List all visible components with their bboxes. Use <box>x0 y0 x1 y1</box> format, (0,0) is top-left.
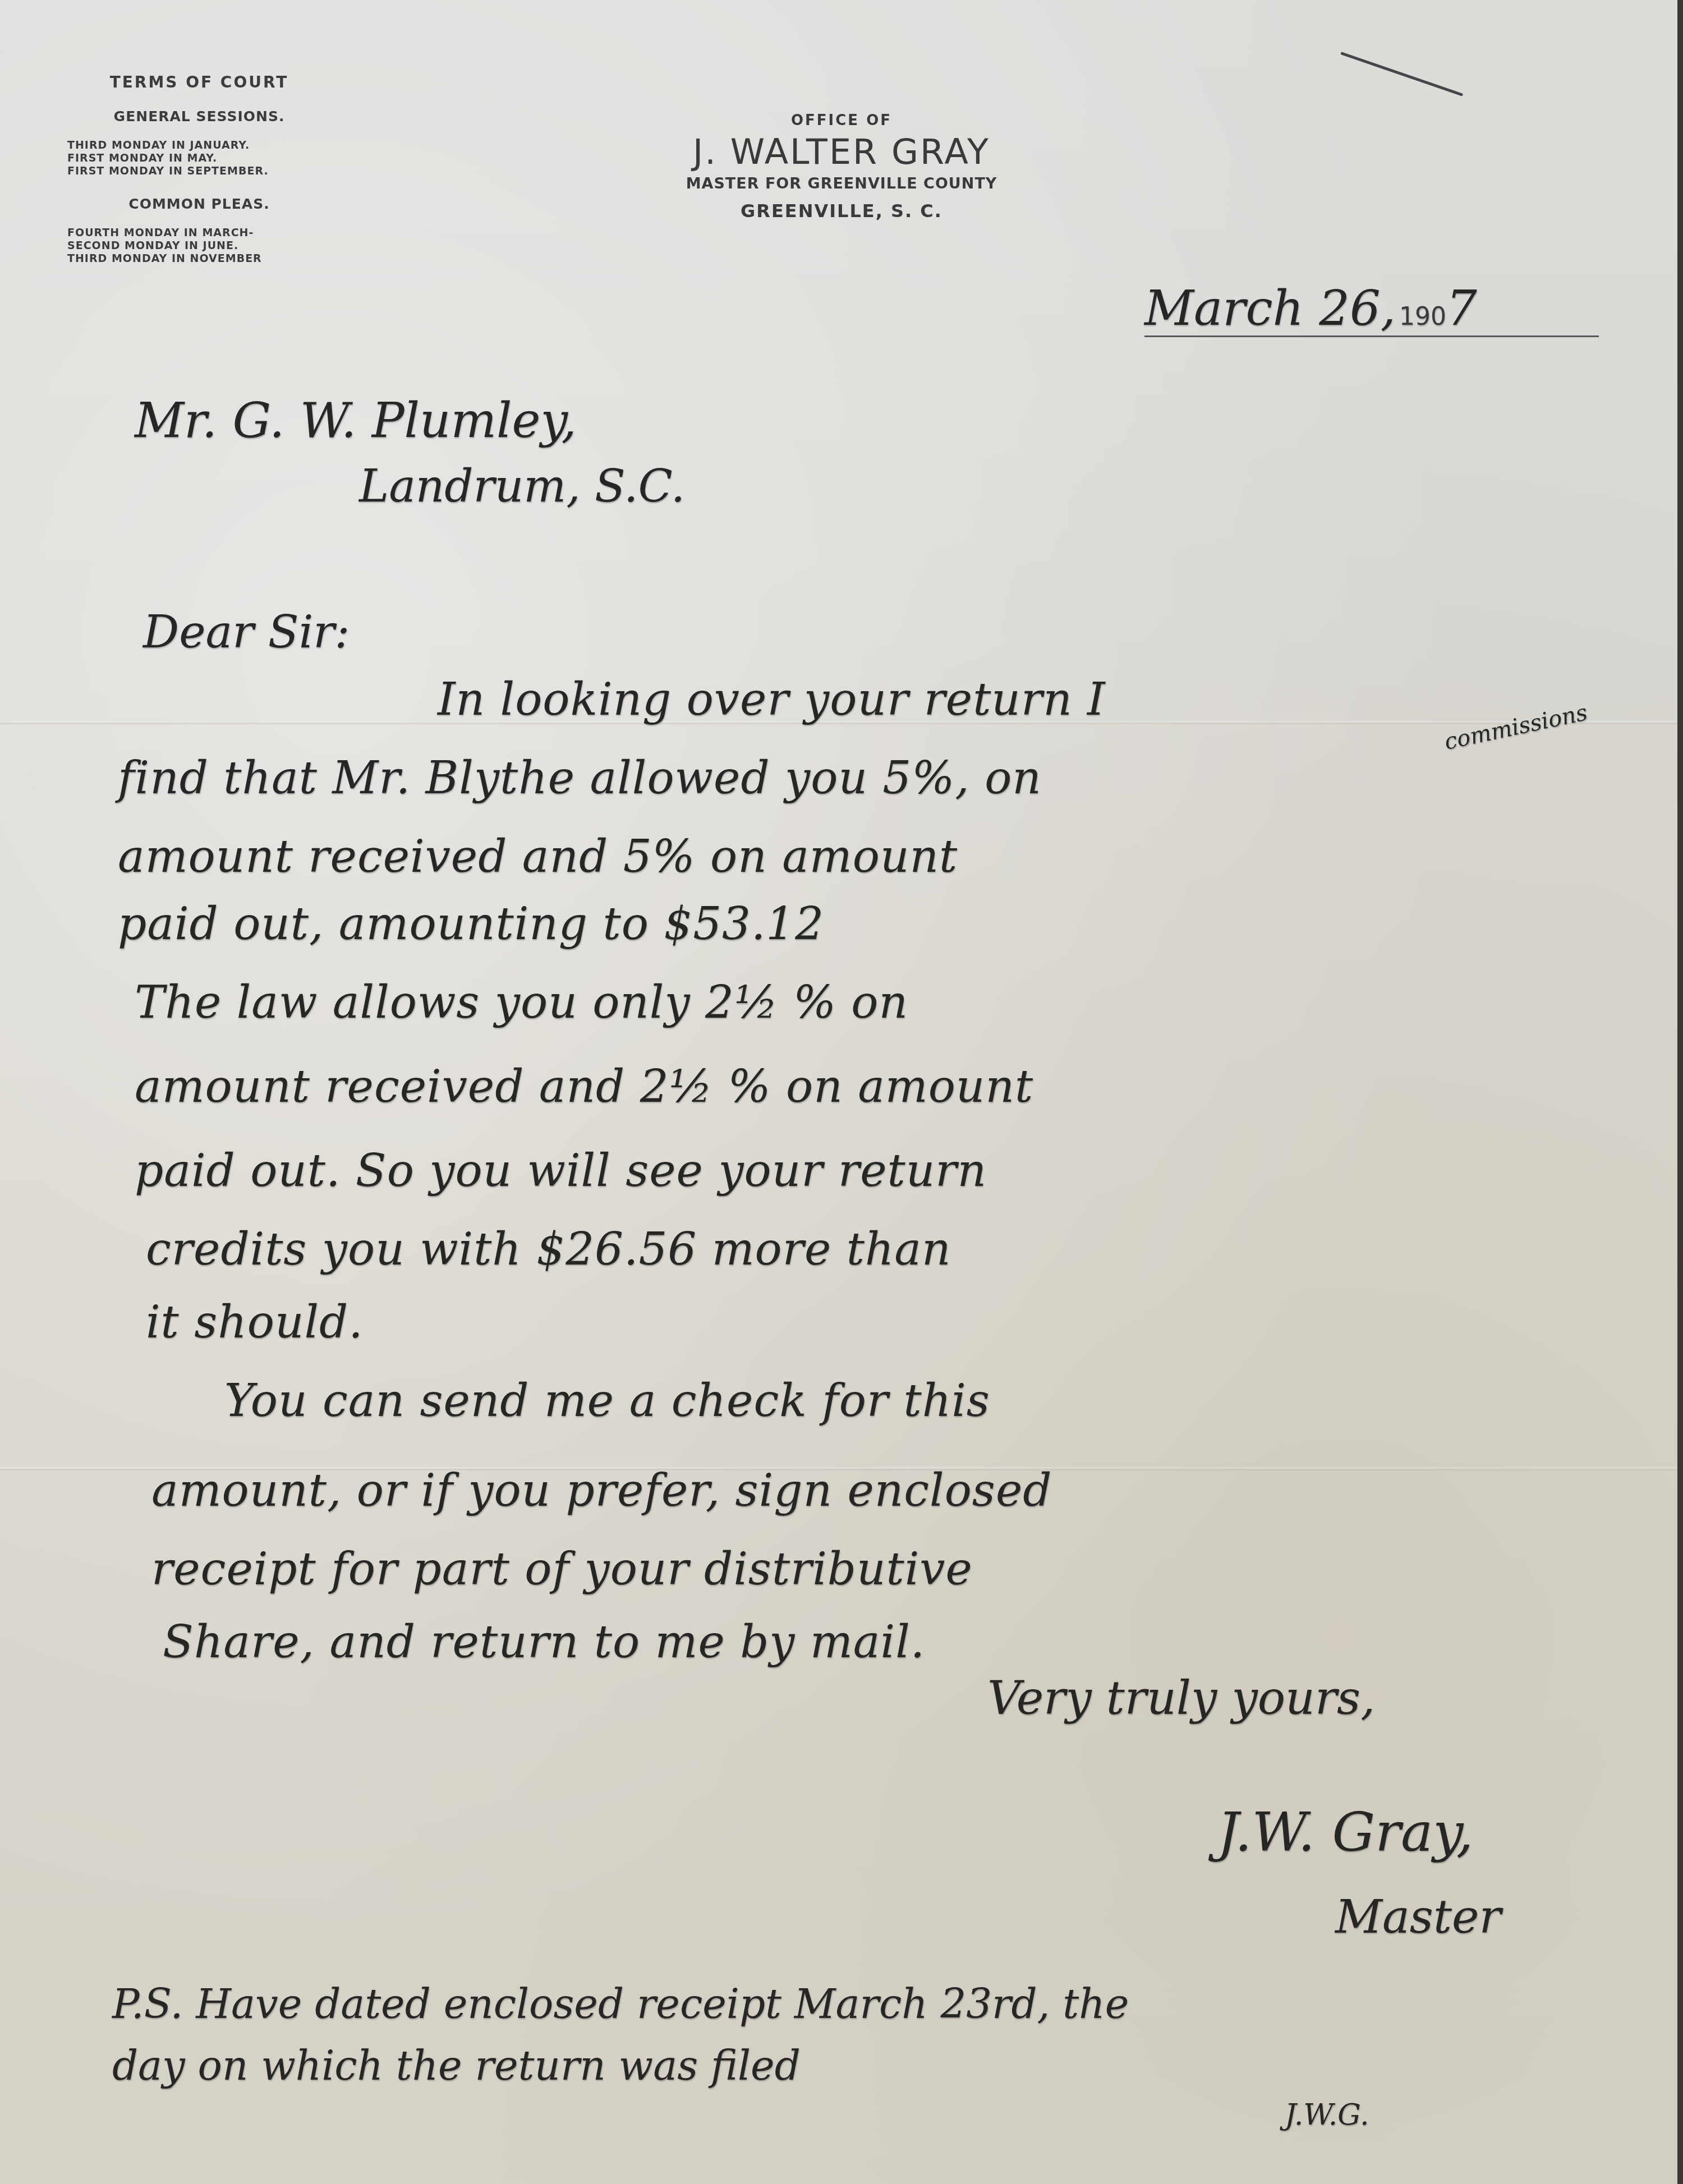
date-underline <box>1144 335 1599 337</box>
date-year-digit: 7 <box>1446 281 1477 337</box>
pen-stroke-mark <box>1340 52 1463 96</box>
paper-edge-shadow <box>1677 0 1683 2184</box>
office-city: GREENVILLE, S. C. <box>617 200 1066 222</box>
session-date: FIRST MONDAY IN MAY. <box>67 152 331 165</box>
date-handwritten: March 26, <box>1144 281 1396 337</box>
pleas-date: THIRD MONDAY IN NOVEMBER <box>67 252 331 265</box>
body-line: credits you with $26.56 more than <box>146 1223 951 1275</box>
postscript-line: P.S. Have dated enclosed receipt March 2… <box>112 1980 1129 2027</box>
body-line: In looking over your return I <box>438 673 1106 725</box>
body-line: find that Mr. Blythe allowed you 5%, on <box>118 752 1042 804</box>
body-line: amount, or if you prefer, sign enclosed <box>151 1464 1052 1516</box>
letter-date: March 26,1907 <box>1144 281 1477 337</box>
body-line: The law allows you only 2½ % on <box>135 976 908 1028</box>
margin-annotation: commissions <box>1442 700 1589 755</box>
office-of-label: OFFICE OF <box>617 112 1066 129</box>
postscript-initials: J.W.G. <box>1285 2098 1369 2132</box>
session-date: THIRD MONDAY IN JANUARY. <box>67 139 331 152</box>
body-line: Share, and return to me by mail. <box>163 1616 925 1668</box>
signature: J.W. Gray, <box>1217 1801 1473 1864</box>
closing: Very truly yours, <box>987 1672 1375 1725</box>
terms-of-court: TERMS OF COURT GENERAL SESSIONS. THIRD M… <box>67 73 331 283</box>
office-holder-name: J. WALTER GRAY <box>617 131 1066 173</box>
letter-sheet: TERMS OF COURT GENERAL SESSIONS. THIRD M… <box>0 0 1677 2184</box>
pleas-date: FOURTH MONDAY IN MARCH- <box>67 227 331 240</box>
body-line: paid out, amounting to $53.12 <box>118 898 824 950</box>
session-date: FIRST MONDAY IN SEPTEMBER. <box>67 165 331 178</box>
signature-title: Master <box>1335 1891 1501 1944</box>
recipient-name: Mr. G. W. Plumley, <box>135 393 577 449</box>
recipient-location: Landrum, S.C. <box>359 460 685 512</box>
general-sessions-heading: GENERAL SESSIONS. <box>67 108 331 125</box>
date-printed-year: 190 <box>1399 302 1446 331</box>
body-line: amount received and 2½ % on amount <box>135 1060 1033 1112</box>
common-pleas-dates: FOURTH MONDAY IN MARCH- SECOND MONDAY IN… <box>67 227 331 265</box>
salutation: Dear Sir: <box>143 606 350 658</box>
postscript-line: day on which the return was filed <box>112 2042 801 2089</box>
body-line: paid out. So you will see your return <box>135 1144 987 1197</box>
office-title: MASTER FOR GREENVILLE COUNTY <box>617 175 1066 192</box>
body-line: You can send me a check for this <box>224 1374 990 1427</box>
body-line: it should. <box>146 1296 364 1348</box>
terms-heading: TERMS OF COURT <box>67 73 331 91</box>
general-sessions-dates: THIRD MONDAY IN JANUARY. FIRST MONDAY IN… <box>67 139 331 178</box>
pleas-date: SECOND MONDAY IN JUNE. <box>67 240 331 252</box>
common-pleas-heading: COMMON PLEAS. <box>67 196 331 212</box>
body-line: receipt for part of your distributive <box>151 1543 973 1595</box>
office-letterhead: OFFICE OF J. WALTER GRAY MASTER FOR GREE… <box>617 112 1066 222</box>
body-line: amount received and 5% on amount <box>118 830 958 882</box>
